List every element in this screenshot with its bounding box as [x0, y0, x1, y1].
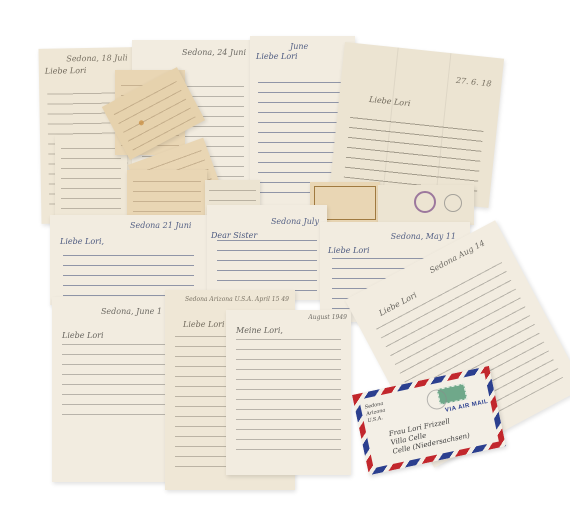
letter-header: Sedona, 18 Juli — [66, 53, 128, 63]
postcard-tan-4 — [127, 170, 207, 220]
handwriting — [133, 175, 200, 215]
envelope-face: VIA AIR MAIL Sedona Arizona U.S.A. Frau … — [359, 373, 499, 468]
letter-header: June — [290, 42, 308, 51]
letter-header: August 1949 — [308, 314, 347, 321]
letter-salutation: Liebe Lori — [256, 52, 298, 61]
letter-salutation: Liebe Lori — [369, 95, 411, 108]
handwriting — [61, 142, 122, 212]
letter-header: Sedona July — [271, 217, 319, 226]
letter-salutation: Meine Lori, — [236, 326, 283, 335]
postcard-stamped — [378, 185, 474, 225]
letter-mid-center: Sedona July Dear Sister — [207, 205, 327, 300]
letter-header: Sedona, June 1 — [101, 307, 162, 316]
sender-address: Sedona Arizona U.S.A. — [364, 401, 387, 426]
letter-salutation: Liebe Lori, — [60, 237, 104, 246]
letter-bottom-left: Sedona, June 1 Liebe Lori — [52, 297, 176, 482]
airmail-envelope: VIA AIR MAIL Sedona Arizona U.S.A. Frau … — [352, 366, 506, 475]
letter-header: Sedona 21 Juni — [130, 221, 191, 230]
handwriting — [344, 110, 485, 191]
letter-salutation: Liebe Lori — [183, 320, 225, 329]
letter-header: Sedona Arizona U.S.A. April 15 49 — [185, 296, 289, 303]
letter-salutation: Liebe Lori — [62, 331, 104, 340]
letter-header: 27. 6. 18 — [456, 76, 492, 89]
handwriting — [236, 333, 341, 458]
letter-salutation: Liebe Lori — [45, 66, 87, 76]
purple-seal-icon — [414, 191, 436, 213]
postmark-icon — [444, 194, 462, 212]
letter-salutation: Dear Sister — [211, 231, 257, 240]
letter-salutation: Liebe Lori — [328, 246, 370, 255]
handwriting — [62, 338, 166, 416]
letter-bottom-center-right: August 1949 Meine Lori, — [226, 310, 351, 475]
handwriting — [217, 234, 318, 291]
letter-header: Sedona, 24 Juni — [182, 48, 246, 57]
handwriting — [63, 249, 195, 296]
letter-header: Sedona, May 11 — [391, 232, 456, 241]
